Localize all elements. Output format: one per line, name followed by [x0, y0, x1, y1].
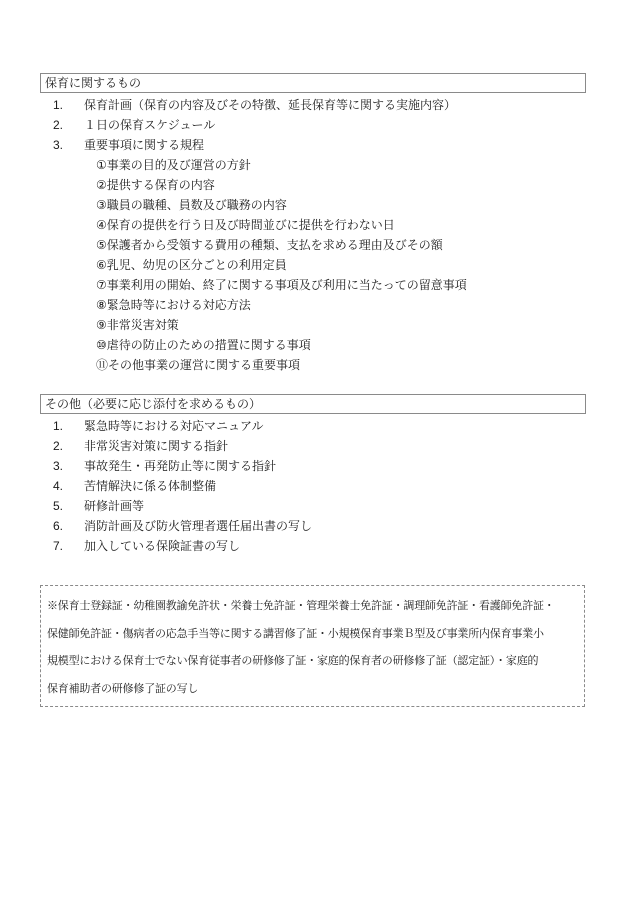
- section-heading-text: その他（必要に応じ添付を求めるもの）: [45, 397, 261, 411]
- item-number: 4.: [53, 478, 73, 494]
- section-heading-other: その他（必要に応じ添付を求めるもの）: [40, 394, 586, 414]
- note-line: 規模型における保育士でない保育従事者の研修修了証・家庭的保育者の研修修了証（認定…: [47, 647, 580, 675]
- sub-item: ⑥乳児、幼児の区分ごとの利用定員: [96, 257, 287, 273]
- note-line: ※保育士登録証・幼稚園教諭免許状・栄養士免許証・管理栄養士免許証・調理師免許証・…: [47, 592, 580, 620]
- item-number: 2.: [53, 438, 73, 454]
- sub-item: ⑦事業利用の開始、終了に関する事項及び利用に当たっての留意事項: [96, 277, 467, 293]
- section-heading-text: 保育に関するもの: [45, 76, 141, 90]
- item-number: 3.: [53, 137, 73, 153]
- sub-item: ②提供する保育の内容: [96, 177, 215, 193]
- item-text: 苦情解決に係る体制整備: [84, 478, 216, 494]
- item-text: 非常災害対策に関する指針: [84, 438, 228, 454]
- item-text: 緊急時等における対応マニュアル: [84, 418, 264, 434]
- item-text: １日の保育スケジュール: [84, 117, 215, 133]
- sub-item: ④保育の提供を行う日及び時間並びに提供を行わない日: [96, 217, 395, 233]
- item-text: 重要事項に関する規程: [84, 137, 204, 153]
- sub-item: ①事業の目的及び運営の方針: [96, 157, 251, 173]
- item-number: 1.: [53, 97, 73, 113]
- note-line: 保育補助者の研修修了証の写し: [47, 675, 580, 703]
- sub-item: ⑧緊急時等における対応方法: [96, 297, 251, 313]
- certificates-note: ※保育士登録証・幼稚園教諭免許状・栄養士免許証・管理栄養士免許証・調理師免許証・…: [40, 585, 585, 707]
- sub-item: ⑩虐待の防止のための措置に関する事項: [96, 337, 311, 353]
- item-number: 3.: [53, 458, 73, 474]
- item-text: 加入している保険証書の写し: [84, 538, 240, 554]
- item-text: 保育計画（保育の内容及びその特徴、延長保育等に関する実施内容）: [84, 97, 456, 113]
- item-number: 1.: [53, 418, 73, 434]
- note-line: 保健師免許証・傷病者の応急手当等に関する講習修了証・小規模保育事業Ｂ型及び事業所…: [47, 620, 580, 648]
- item-number: 5.: [53, 498, 73, 514]
- item-text: 研修計画等: [84, 498, 144, 514]
- item-text: 消防計画及び防火管理者選任届出書の写し: [84, 518, 312, 534]
- sub-item: ③職員の職種、員数及び職務の内容: [96, 197, 287, 213]
- sub-item: ⑪その他事業の運営に関する重要事項: [96, 357, 300, 373]
- sub-item: ⑤保護者から受領する費用の種類、支払を求める理由及びその額: [96, 237, 443, 253]
- item-text: 事故発生・再発防止等に関する指針: [84, 458, 276, 474]
- item-number: 6.: [53, 518, 73, 534]
- sub-item: ⑨非常災害対策: [96, 317, 179, 333]
- item-number: 2.: [53, 117, 73, 133]
- section-heading-childcare: 保育に関するもの: [40, 73, 586, 93]
- item-number: 7.: [53, 538, 73, 554]
